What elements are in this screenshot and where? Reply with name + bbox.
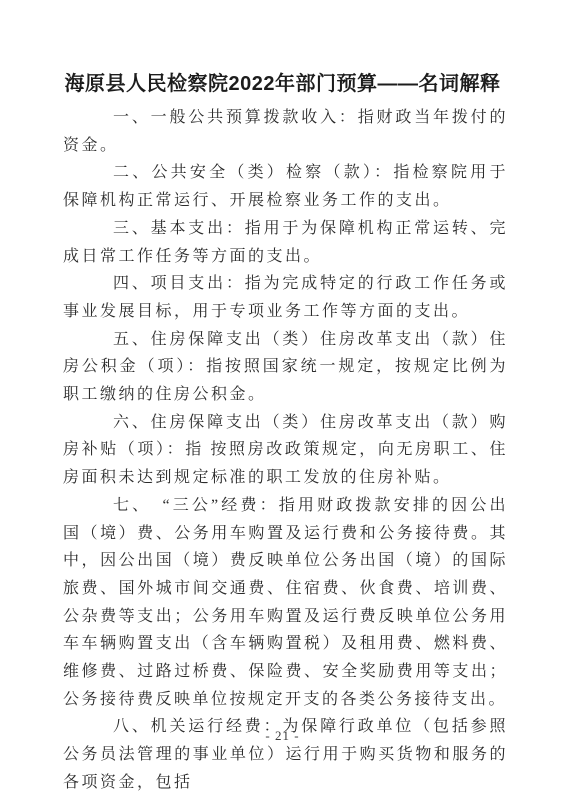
glossary-paragraph-6: 六、住房保障支出（类）住房改革支出（款）购房补贴（项）：指 按照房改政策规定，向… xyxy=(63,409,508,492)
glossary-paragraph-1: 一、一般公共预算拨款收入：指财政当年拨付的资金。 xyxy=(63,104,508,159)
glossary-paragraph-4: 四、项目支出：指为完成特定的行政工作任务或事业发展目标，用于专项业务工作等方面的… xyxy=(63,270,508,325)
glossary-paragraph-3: 三、基本支出：指用于为保障机构正常运转、完成日常工作任务等方面的支出。 xyxy=(63,215,508,270)
page-number: - 21 - xyxy=(0,728,565,744)
glossary-paragraph-8: 八、机关运行经费：为保障行政单位（包括参照公务员法管理的事业单位）运行用于购买货… xyxy=(63,713,508,796)
glossary-paragraph-7: 七、 “三公”经费：指用财政拨款安排的因公出国（境）费、公务用车购置及运行费和公… xyxy=(63,492,508,714)
document-body: 一、一般公共预算拨款收入：指财政当年拨付的资金。 二、公共安全（类）检察（款）：… xyxy=(63,104,508,797)
glossary-paragraph-2: 二、公共安全（类）检察（款）：指检察院用于保障机构正常运行、开展检察业务工作的支… xyxy=(63,159,508,214)
document-page: 海原县人民检察院2022年部门预算——名词解释 一、一般公共预算拨款收入：指财政… xyxy=(0,0,565,800)
glossary-paragraph-5: 五、住房保障支出（类）住房改革支出（款）住房公积金（项）：指按照国家统一规定，按… xyxy=(63,326,508,409)
page-title: 海原县人民检察院2022年部门预算——名词解释 xyxy=(30,72,535,96)
